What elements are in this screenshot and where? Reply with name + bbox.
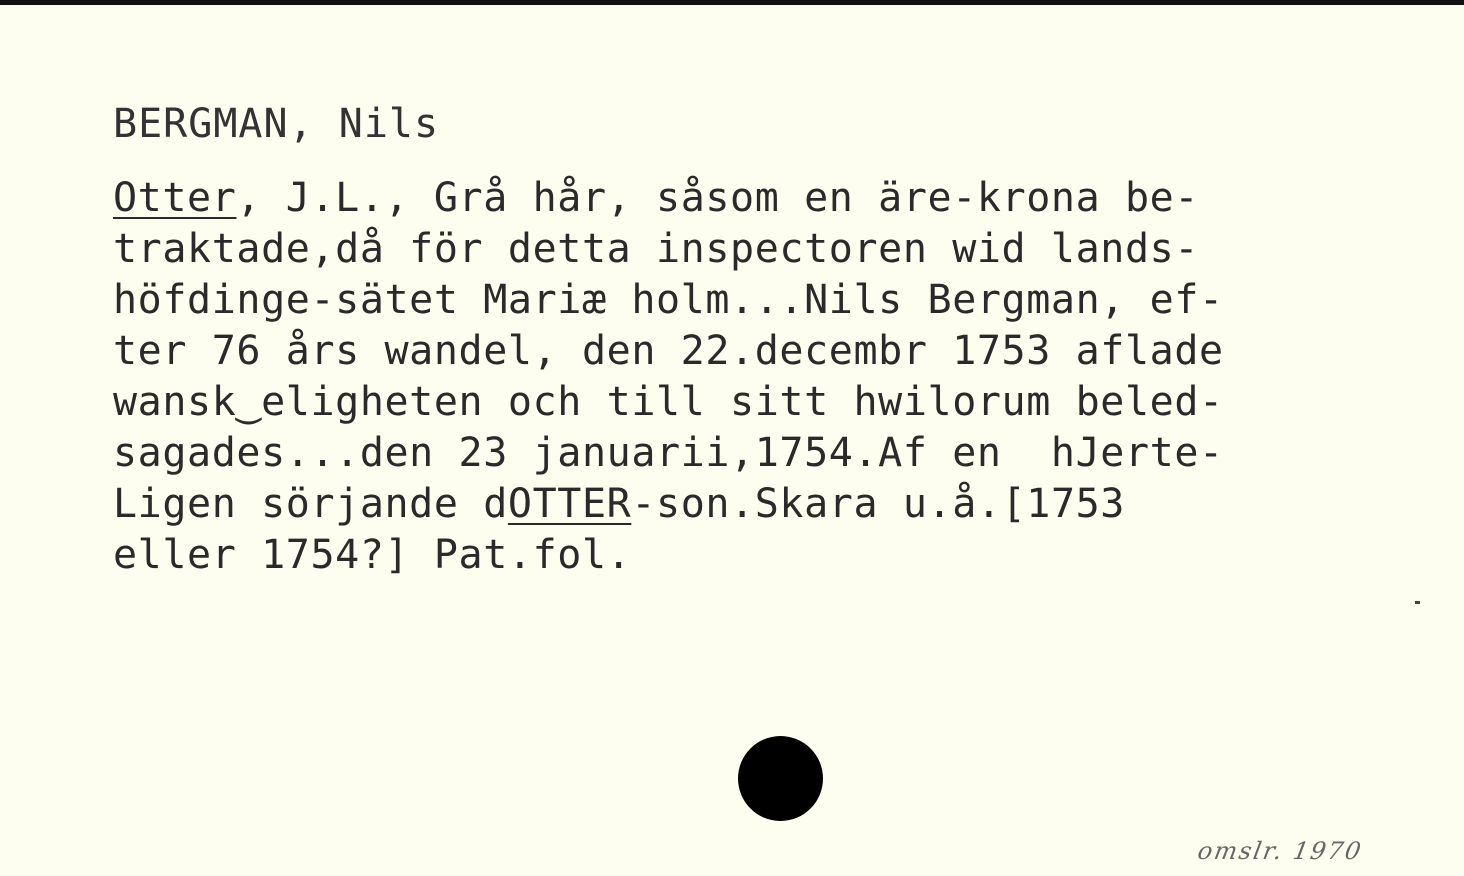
underlined-author: Otter — [113, 175, 236, 221]
handwritten-note: omslr. 1970 — [1196, 837, 1365, 865]
line-text: ter 76 års wandel, den 22.decembr 1753 a… — [113, 328, 1224, 374]
card-line: eller 1754?] Pat.fol. — [113, 530, 1224, 581]
catalog-card: BERGMAN, Nils Otter, J.L., Grå hår, såso… — [0, 5, 1464, 876]
card-line: wansk‿eligheten och till sitt hwilorum b… — [113, 377, 1224, 428]
card-line: Otter, J.L., Grå hår, såsom en äre-krona… — [113, 173, 1224, 224]
line-text: eller 1754?] Pat.fol. — [113, 532, 631, 578]
card-line: Ligen sörjande dOTTER-son.Skara u.å.[175… — [113, 479, 1224, 530]
line-text: sagades...den 23 januarii,1754.Af en hJe… — [113, 430, 1224, 476]
card-line: ter 76 års wandel, den 22.decembr 1753 a… — [113, 326, 1224, 377]
line-text: höfdinge-sätet Mariæ holm...Nils Bergman… — [113, 277, 1224, 323]
card-heading: BERGMAN, Nils — [113, 101, 439, 147]
card-line: höfdinge-sätet Mariæ holm...Nils Bergman… — [113, 275, 1224, 326]
underlined-acrostic: OTTER — [508, 481, 631, 527]
line-text: Ligen sörjande d — [113, 481, 508, 527]
ink-speck — [1415, 601, 1420, 604]
card-line: sagades...den 23 januarii,1754.Af en hJe… — [113, 428, 1224, 479]
punch-hole — [738, 736, 823, 821]
line-text: traktade,då för detta inspectoren wid la… — [113, 226, 1199, 272]
card-body: Otter, J.L., Grå hår, såsom en äre-krona… — [113, 173, 1224, 581]
line-text: -son.Skara u.å.[1753 — [631, 481, 1125, 527]
line-text: wansk‿eligheten och till sitt hwilorum b… — [113, 379, 1224, 425]
card-line: traktade,då för detta inspectoren wid la… — [113, 224, 1224, 275]
line-text: , J.L., Grå hår, såsom en äre-krona be- — [236, 175, 1199, 221]
